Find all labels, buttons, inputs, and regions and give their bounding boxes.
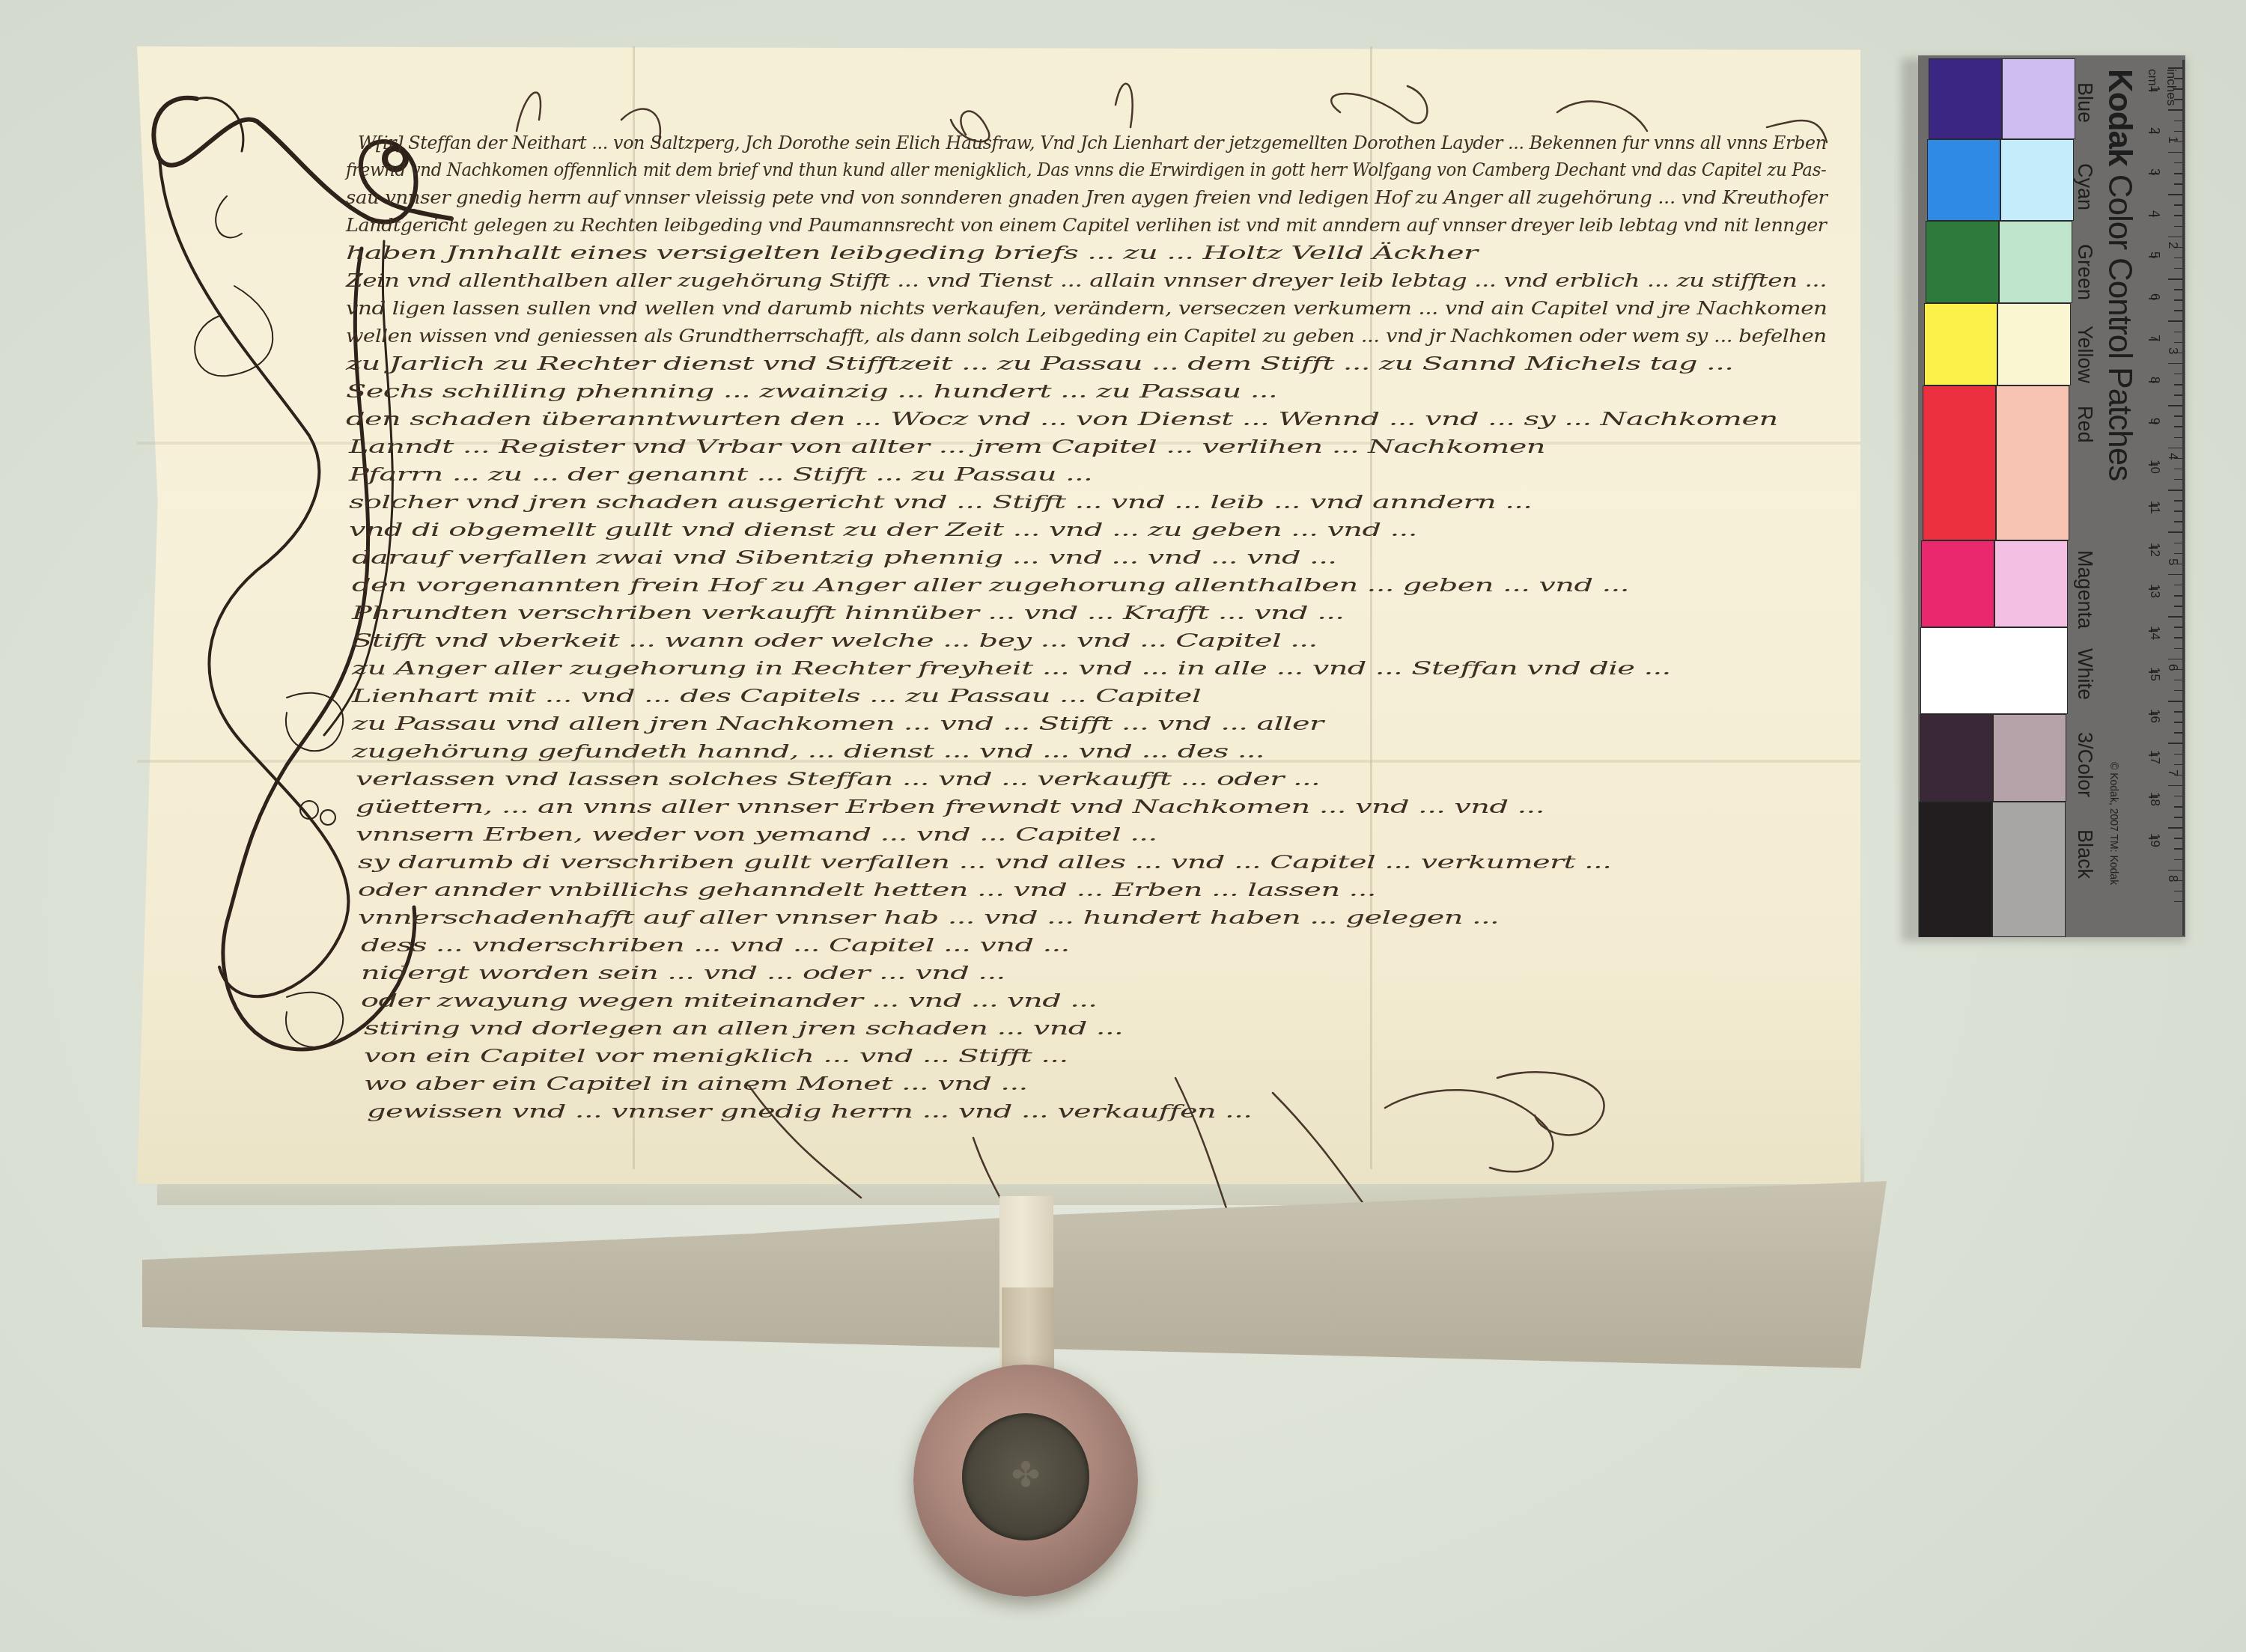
patch-cyan-light	[2000, 139, 2074, 221]
patch-blue-light	[2002, 58, 2075, 139]
text-line: frewnd vnd Nachkomen offennlich mit dem …	[346, 159, 1826, 180]
seal-emblem-icon: ✤	[1003, 1445, 1048, 1505]
ruler-cm-number: 4	[2147, 210, 2162, 217]
ruler-tick	[2168, 701, 2183, 702]
ruler-cm-number: 6	[2147, 293, 2162, 300]
seal-strap-lower	[1002, 1287, 1054, 1377]
text-line: stiring vnd dorlegen an allen jren schad…	[364, 1017, 1123, 1039]
label-3color: 3/Color	[2073, 732, 2096, 797]
patch-magenta-light	[1994, 540, 2068, 627]
patch-red-dark	[1923, 385, 1996, 540]
text-line: vnnerschadenhafft auf aller vnnser hab .…	[358, 906, 1499, 928]
text-line: Zein vnd allenthalben aller zugehörung S…	[346, 269, 1827, 291]
text-line: oder annder vnbillichs gehanndelt hetten…	[358, 879, 1376, 900]
label-magenta: Magenta	[2073, 550, 2096, 629]
ruler-tick	[2168, 237, 2183, 238]
text-line: zu Passau vnd allen jren Nachkomen ... v…	[352, 713, 1324, 734]
text-line: sy darumb di verschriben gullt verfallen…	[358, 851, 1611, 873]
text-line: Sechs schilling phenning ... zwainzig ..…	[346, 380, 1277, 402]
ruler-cm-number: 16	[2147, 709, 2162, 723]
ruler-tick	[2168, 320, 2183, 322]
ruler-cm-number: 14	[2147, 626, 2162, 640]
text-line: vnnsern Erben, weder von yemand ... vnd …	[356, 823, 1157, 845]
ruler-tick	[2168, 363, 2183, 365]
text-line: verlassen vnd lassen solches Steffan ...…	[356, 768, 1320, 790]
text-line: Lanndt ... Register vnd Vrbar von allter…	[349, 436, 1545, 457]
ruler-tick	[2168, 194, 2183, 195]
text-line: Landtgericht gelegen zu Rechten leibgedi…	[346, 214, 1827, 236]
patch-cyan-dark	[1927, 139, 2000, 221]
label-white: White	[2073, 648, 2096, 700]
ruler-tick	[2168, 659, 2183, 660]
text-line: nidergt worden sein ... vnd ... oder ...…	[361, 962, 1005, 984]
ruler-inch-number: 3	[2165, 347, 2180, 354]
ruler-tick	[2168, 490, 2183, 491]
ruler-inch-number: 8	[2165, 875, 2180, 882]
ruler-cm-number: 13	[2147, 584, 2162, 598]
patch-yellow-light	[1997, 303, 2071, 385]
text-line: Lienhart mit ... vnd ... des Capitels ..…	[352, 685, 1201, 707]
ruler-inch-number: 6	[2165, 664, 2180, 671]
text-line: solcher vnd jren schaden ausgericht vnd …	[349, 491, 1532, 513]
patch-3color-light	[1993, 714, 2066, 802]
text-line: oder zwayung wegen miteinander ... vnd .…	[361, 990, 1097, 1011]
ruler-tick	[2168, 743, 2183, 744]
ruler-inch-number: 4	[2165, 453, 2180, 460]
ruler-cm-number: 18	[2147, 792, 2162, 806]
ruler-cm-number: 19	[2147, 833, 2162, 847]
ruler-tick	[2168, 827, 2183, 829]
text-line: sau vnnser gnedig herrn auf vnnser vleis…	[346, 186, 1827, 208]
patch-yellow-dark	[1924, 303, 1997, 385]
text-line: darauf verfallen zwai vnd Sibentzig phen…	[352, 546, 1336, 568]
ruler-inch-number: 5	[2165, 558, 2180, 565]
label-black: Black	[2073, 829, 2096, 879]
ruler-tick	[2168, 109, 2183, 111]
patch-blue-dark	[1929, 58, 2002, 139]
ruler-inch-number: 2	[2165, 242, 2180, 249]
text-line: Stifft vnd vberkeit ... wann oder welche…	[352, 630, 1318, 651]
patch-black-light	[1992, 802, 2066, 937]
label-yellow: Yellow	[2073, 326, 2096, 383]
text-line: haben Jnnhallt eines versigelten leibged…	[346, 242, 1478, 263]
ruler-cm-number: 17	[2147, 750, 2162, 764]
text-line: vnd ligen lassen sullen vnd wellen vnd d…	[346, 297, 1827, 319]
ruler-tick	[2168, 405, 2183, 406]
copyright-label: © Kodak, 2007 TM: Kodak	[2108, 762, 2120, 885]
ruler-cm-number: 11	[2147, 501, 2162, 514]
brand-name: Kodak	[2102, 69, 2138, 165]
patch-3color-dark	[1920, 714, 1993, 802]
text-line: vnd di obgemellt gullt vnd dienst zu der…	[349, 519, 1417, 540]
text-line: wellen wissen vnd geniessen als Grundthe…	[346, 325, 1827, 347]
ruler-tick	[2168, 152, 2183, 153]
text-line: zu Anger aller zugehorung in Rechter fre…	[352, 657, 1671, 679]
patch-black-dark	[1919, 802, 1992, 937]
ruler-tick	[2168, 616, 2183, 618]
patch-green-light	[1999, 221, 2072, 303]
text-line: zugehörung gefundeth hannd, ... dienst .…	[352, 740, 1264, 762]
text-line: von ein Capitel vor menigklich ... vnd .…	[364, 1045, 1068, 1067]
ruler-cm-number: 15	[2147, 667, 2162, 681]
label-cyan: Cyan	[2073, 163, 2096, 210]
label-red: Red	[2073, 406, 2096, 443]
text-line: wo aber ein Capitel in ainem Monet ... v…	[364, 1073, 1028, 1094]
ruler-tick	[2168, 870, 2183, 871]
ruler-cm-number: 10	[2147, 460, 2162, 474]
ruler-inch-number: 1	[2165, 136, 2180, 143]
ruler-tick	[2168, 531, 2183, 533]
patch-magenta-dark	[1921, 540, 1994, 627]
ruler-tick	[2168, 448, 2183, 449]
ruler-cm-number: 9	[2147, 418, 2162, 424]
ruler-inch-number: 7	[2165, 769, 2180, 776]
ruler-cm-number: 5	[2147, 252, 2162, 258]
ruler-edge	[2182, 60, 2185, 936]
ruler-tick	[2168, 67, 2183, 69]
label-green: Green	[2073, 244, 2096, 300]
label-blue: Blue	[2073, 82, 2096, 123]
text-line: den schaden überanntwurten den ... Wocz …	[346, 408, 1778, 430]
patch-white	[1920, 627, 2068, 714]
text-line: den vorgenannten frein Hof zu Anger alle…	[352, 574, 1629, 596]
ruler-cm-number: 2	[2147, 127, 2162, 134]
text-line: W[ir] Steffan der Neithart ... von Saltz…	[358, 132, 1827, 153]
patch-red-light	[1996, 385, 2069, 540]
ruler-cm-number: 7	[2147, 335, 2162, 341]
card-title: Color Control Patches	[2102, 174, 2138, 481]
ruler-cm-number: 1	[2147, 85, 2162, 92]
text-line: Phrundten verschriben verkaufft hinnüber…	[352, 602, 1344, 624]
ruler-tick	[2168, 574, 2183, 576]
text-line: gewissen vnd ... vnnser gnedig herrn ...…	[367, 1100, 1252, 1122]
patch-green-dark	[1926, 221, 1999, 303]
text-line: güettern, ... an vnns aller vnnser Erben…	[356, 796, 1544, 817]
text-line: Pfarrn ... zu ... der genannt ... Stifft…	[349, 463, 1092, 485]
ruler-tick	[2168, 278, 2183, 280]
ruler-unit-cm: cm	[2145, 69, 2160, 86]
text-line: zu Jarlich zu Rechter dienst vnd Stifftz…	[346, 353, 1733, 374]
text-line: dess ... vnderschriben ... vnd ... Capit…	[361, 934, 1070, 956]
ruler-tick	[2168, 785, 2183, 787]
ruler-cm-number: 8	[2147, 377, 2162, 383]
ruler-cm-number: 12	[2147, 543, 2162, 557]
kodak-brand-label: Kodak Color Control Patches	[2101, 69, 2138, 481]
ruler-cm-number: 3	[2147, 168, 2162, 175]
